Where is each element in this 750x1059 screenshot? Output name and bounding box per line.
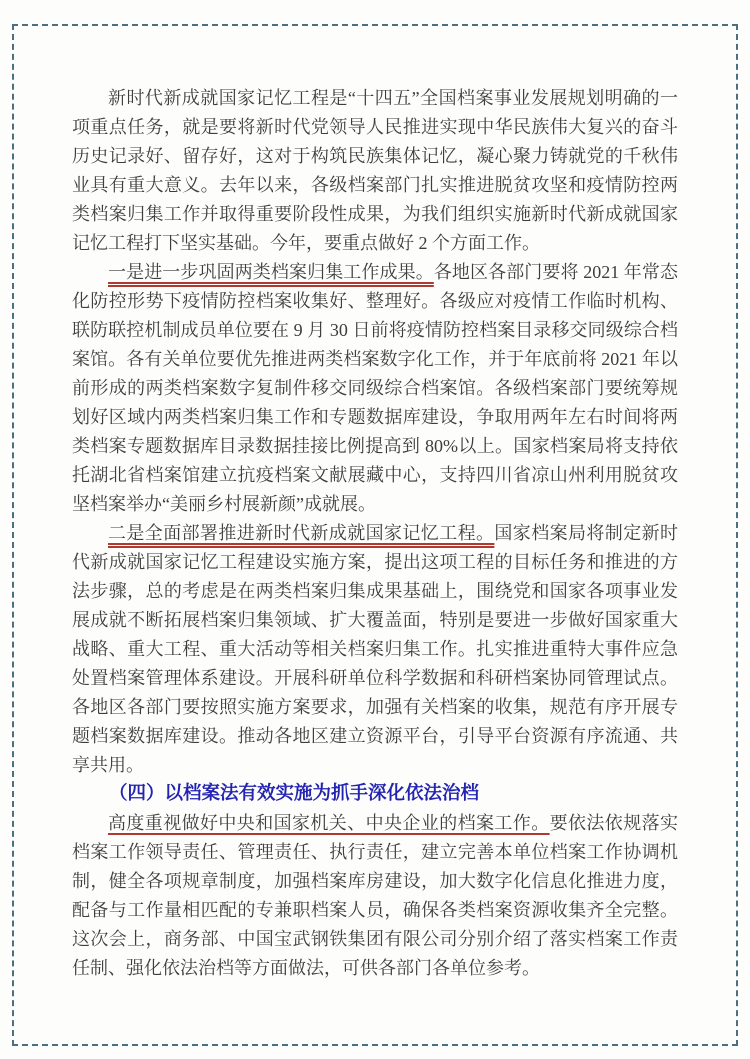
paragraph-text: 国家档案局将制定新时代新成就国家记忆工程建设实施方案，提出这项工程的目标任务和推… xyxy=(72,523,678,775)
body-paragraph: 二是全面部署推进新时代新成就国家记忆工程。国家档案局将制定新时代新成就国家记忆工… xyxy=(72,519,678,780)
underlined-lead-sentence: 一是进一步巩固两类档案归集工作成果。 xyxy=(108,262,434,282)
document-content: 新时代新成就国家记忆工程是“十四五”全国档案事业发展规划明确的一项重点任务，就是… xyxy=(72,84,678,983)
paragraph-text: 各地区各部门要将 2021 年常态化防控形势下疫情防控档案收集好、整理好。各级应… xyxy=(72,262,678,514)
paragraph-text: 要依法依规落实档案工作领导责任、管理责任、执行责任，建立完善本单位档案工作协调机… xyxy=(72,813,678,978)
underlined-lead-sentence: 二是全面部署推进新时代新成就国家记忆工程。 xyxy=(108,523,494,543)
underlined-lead-sentence: 高度重视做好中央和国家机关、中央企业的档案工作。 xyxy=(108,813,550,833)
body-paragraph: 高度重视做好中央和国家机关、中央企业的档案工作。要依法依规落实档案工作领导责任、… xyxy=(72,809,678,983)
body-paragraph: 新时代新成就国家记忆工程是“十四五”全国档案事业发展规划明确的一项重点任务，就是… xyxy=(72,84,678,258)
body-paragraph: 一是进一步巩固两类档案归集工作成果。各地区各部门要将 2021 年常态化防控形势… xyxy=(72,258,678,519)
section-heading: （四）以档案法有效实施为抓手深化依法治档 xyxy=(72,780,678,809)
scanned-document-page: 新时代新成就国家记忆工程是“十四五”全国档案事业发展规划明确的一项重点任务，就是… xyxy=(0,0,750,1059)
